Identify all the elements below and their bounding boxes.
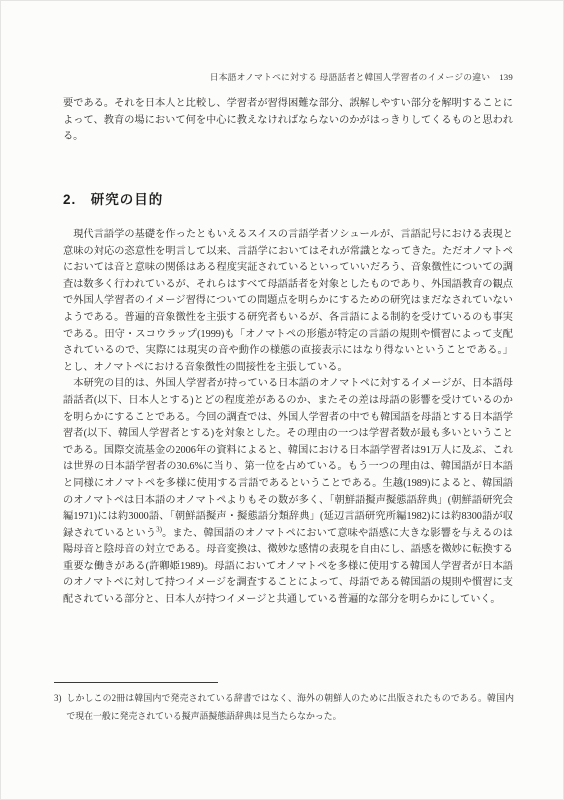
running-head-title: 日本語オノマトペに対する 母語話者と韓国人学習者のイメージの違い [210,72,491,82]
body-paragraph-2: 本研究の目的は、外国人学習者が持っている日本語のオノマトペに対するイメージが、日… [63,376,513,608]
running-head: 日本語オノマトペに対する 母語話者と韓国人学習者のイメージの違い139 [63,70,513,83]
footnote-divider [54,682,218,683]
footnote-text: しかしこの2冊は韓国内で発売されている辞書ではなく、海外の朝鮮人のために出版され… [66,689,514,725]
footnote: 3) しかしこの2冊は韓国内で発売されている辞書ではなく、海外の朝鮮人のために出… [54,689,514,725]
body-paragraph-2-text: 本研究の目的は、外国人学習者が持っている日本語のオノマトペに対するイメージが、日… [63,378,513,538]
footnote-area: 3) しかしこの2冊は韓国内で発売されている辞書ではなく、海外の朝鮮人のために出… [54,682,514,725]
footnote-marker: 3) [54,689,61,707]
intro-paragraph: 要である。それを日本人と比較し、学習者が習得困難な部分、誤解しやすい部分を解明す… [63,96,513,146]
page-number: 139 [499,72,513,82]
section-heading: 2. 研究の目的 [63,188,163,208]
section-body: 現代言語学の基礎を作ったともいえるスイスの言語学者ソシュールが、言語記号における… [63,227,513,609]
body-paragraph-1: 現代言語学の基礎を作ったともいえるスイスの言語学者ソシュールが、言語記号における… [63,227,513,376]
body-paragraph-2-continued: 。また、韓国語のオノマトペにおいて意味や語感に大きな影響を与えるのは陽母音と陰母… [63,528,513,605]
paper-page: 日本語オノマトペに対する 母語話者と韓国人学習者のイメージの違い139 要である… [0,0,564,800]
